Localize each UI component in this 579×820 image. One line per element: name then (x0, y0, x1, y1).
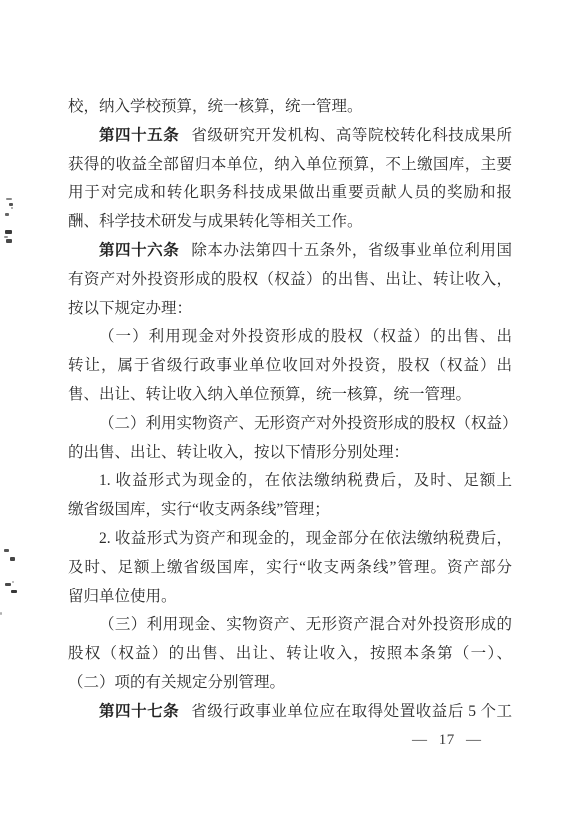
article-number: 第四十五条 (99, 127, 179, 144)
scan-speck (9, 203, 13, 206)
text-line: 的出售、出让、转让收入，按以下情形分别处理： (68, 439, 512, 468)
text-line: 及时、足额上缴省级国库，实行“收支两条线”管理。资产部分 (68, 554, 512, 583)
line-text: 有资产对外投资形成的股权（权益）的出售、出让、转让收入， (68, 271, 512, 288)
scan-speck (0, 612, 2, 615)
scan-speck (6, 198, 12, 200)
line-text: 股权（权益）的出售、出让、转让收入，按照本条第（一）、 (68, 645, 512, 662)
text-line: （二）项的有关规定分别管理。 (68, 669, 512, 698)
line-text: 用于对完成和转化职务科技成果做出重要贡献人员的奖励和报 (68, 184, 512, 201)
text-line: （三）利用现金、实物资产、无形资产混合对外投资形成的 (68, 611, 512, 640)
text-line: 2. 收益形式为资产和现金的，现金部分在依法缴纳税费后， (68, 525, 512, 554)
scan-speck (5, 583, 11, 586)
text-line: 校，纳入学校预算，统一核算，统一管理。 (68, 93, 512, 122)
line-text: 1. 收益形式为现金的，在依法缴纳税费后，及时、足额上 (99, 472, 512, 489)
article-number: 第四十七条 (99, 703, 179, 720)
line-text: 的出售、出让、转让收入，按以下情形分别处理： (68, 444, 409, 461)
article-number: 第四十六条 (99, 242, 179, 259)
line-text: 留归单位使用。 (68, 588, 177, 605)
line-text: 省级研究开发机构、高等院校转化科技成果所 (191, 127, 512, 144)
scan-speck (11, 207, 13, 209)
line-text: （二）利用实物资产、无形资产对外投资形成的股权（权益） (99, 415, 512, 432)
text-line: 按以下规定办理： (68, 295, 512, 324)
line-text: 省级行政事业单位应在取得处置收益后 5 个工 (191, 703, 512, 720)
document-page: 校，纳入学校预算，统一核算，统一管理。第四十五条省级研究开发机构、高等院校转化科… (0, 0, 579, 820)
text-line: 转让，属于省级行政事业单位收回对外投资，股权（权益）出 (68, 352, 512, 381)
scan-speck (6, 239, 12, 243)
line-text: （一）利用现金对外投资形成的股权（权益）的出售、出让、 (99, 328, 512, 352)
text-line: （二）利用实物资产、无形资产对外投资形成的股权（权益） (68, 410, 512, 439)
line-text: （二）项的有关规定分别管理。 (68, 674, 285, 691)
text-line: 用于对完成和转化职务科技成果做出重要贡献人员的奖励和报 (68, 179, 512, 208)
text-line: 第四十七条省级行政事业单位应在取得处置收益后 5 个工 (68, 698, 512, 727)
text-line: 酬、科学技术研发与成果转化等相关工作。 (68, 208, 512, 237)
text-line: 获得的收益全部留归本单位，纳入单位预算，不上缴国库，主要 (68, 151, 512, 180)
page-number: — 17 — (412, 732, 482, 748)
line-text: （三）利用现金、实物资产、无形资产混合对外投资形成的 (99, 616, 512, 633)
text-line: 有资产对外投资形成的股权（权益）的出售、出让、转让收入， (68, 266, 512, 295)
line-text: 缴省级国库，实行“收支两条线”管理； (68, 501, 330, 518)
text-line: （一）利用现金对外投资形成的股权（权益）的出售、出让、 (68, 323, 512, 352)
scan-speck (4, 236, 8, 238)
scan-speck (5, 213, 9, 216)
line-text: 售、出让、转让收入纳入单位预算，统一核算，统一管理。 (68, 386, 471, 403)
document-body: 校，纳入学校预算，统一核算，统一管理。第四十五条省级研究开发机构、高等院校转化科… (68, 93, 512, 727)
text-line: 第四十五条省级研究开发机构、高等院校转化科技成果所 (68, 122, 512, 151)
text-line: 缴省级国库，实行“收支两条线”管理； (68, 496, 512, 525)
line-text: 及时、足额上缴省级国库，实行“收支两条线”管理。资产部分 (68, 559, 512, 576)
line-text: 除本办法第四十五条外，省级事业单位利用国 (191, 242, 512, 259)
scan-speck (12, 581, 14, 583)
scan-speck (5, 230, 12, 234)
line-text: 获得的收益全部留归本单位，纳入单位预算，不上缴国库，主要 (68, 156, 512, 173)
text-line: 股权（权益）的出售、出让、转让收入，按照本条第（一）、 (68, 640, 512, 669)
text-line: 第四十六条除本办法第四十五条外，省级事业单位利用国 (68, 237, 512, 266)
text-line: 留归单位使用。 (68, 583, 512, 612)
line-text: 校，纳入学校预算，统一核算，统一管理。 (68, 98, 363, 115)
line-text: 酬、科学技术研发与成果转化等相关工作。 (68, 213, 363, 230)
page-footer: — 17 — (412, 732, 482, 749)
line-text: 2. 收益形式为资产和现金的，现金部分在依法缴纳税费后， (99, 530, 512, 547)
line-text: 转让，属于省级行政事业单位收回对外投资，股权（权益）出 (68, 357, 512, 374)
scan-speck (11, 590, 17, 593)
text-line: 售、出让、转让收入纳入单位预算，统一核算，统一管理。 (68, 381, 512, 410)
scan-speck (4, 549, 9, 552)
scan-speck (10, 557, 15, 561)
text-line: 1. 收益形式为现金的，在依法缴纳税费后，及时、足额上 (68, 467, 512, 496)
line-text: 按以下规定办理： (68, 300, 192, 317)
